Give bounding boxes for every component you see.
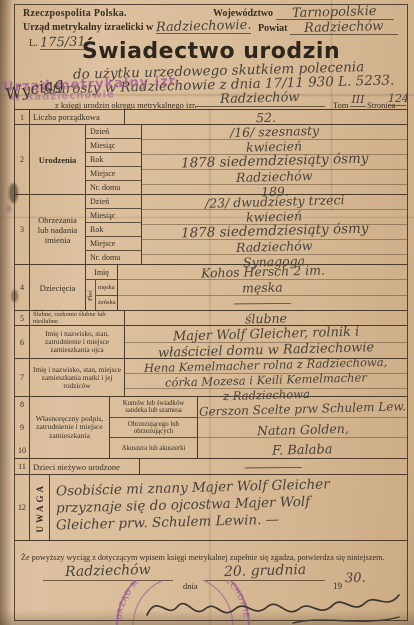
document-frame: Rzeczpospolita Polska. Województwo Tarno…	[14, 4, 408, 621]
voivodeship-value: Tarnopolskie	[292, 7, 377, 19]
obrzezania-rok: 1878 siedemdziesiąty ósmy	[181, 223, 369, 241]
row-urodzenia: 2 Urodzenia Dzień Miesiąc Rok Miejsce Nr…	[15, 124, 407, 194]
sub-label-akuszera: Akuszera lub akuszerki	[110, 437, 197, 458]
field-values: Kohos Hersch 2 im. męska —	[118, 265, 407, 310]
field-rok: Rok	[86, 152, 141, 166]
mohel-signature: Natan Golden,	[256, 422, 348, 437]
powiat-label: Powiat	[258, 23, 287, 34]
field-nr-domu: Nr. domu	[86, 250, 141, 264]
row-number: 3	[15, 195, 30, 264]
row-numbers-8-10: 8 9 10	[15, 397, 30, 458]
powiat-value: Radziechów	[304, 22, 384, 34]
midwife-signature: F. Balaba	[272, 443, 333, 458]
row-label: Liczba porządkowa	[30, 110, 125, 124]
row-label: Urodzenia	[30, 125, 86, 194]
child-sex-value: męska	[242, 280, 283, 294]
uwaga-label: UWAGA	[35, 483, 45, 533]
office-line: Urząd metrykalny izraelicki w Radziechow…	[23, 22, 251, 34]
row-dzieciecia: 4 Dziecięcia Imię Płeć męska żeńska Koho…	[15, 264, 407, 310]
footer-date: 20. grudnia	[224, 562, 307, 580]
field-rok: Rok	[86, 222, 141, 236]
row-number: 4	[15, 265, 30, 310]
tom-value: III	[350, 93, 366, 107]
field-values: Gerszon Scelte prw Schulem Lew. Natan Go…	[198, 397, 407, 458]
powiat-line: Powiat Radziechów	[258, 23, 398, 35]
mother-line2: córka Mozesa i Keili Kemelmacher	[165, 371, 367, 389]
obrzezania-miejsce: Radziechów	[236, 239, 313, 254]
row-label: Dziecięcia	[30, 265, 86, 310]
footer-place: Radziechów	[65, 562, 151, 580]
field-dzien: Dzień	[86, 195, 141, 208]
field-values: Majer Wolf Gleicher, rolnik i właściciel…	[125, 326, 407, 358]
sub-label-kumow: Kumów lub świadków sandeka lub szamesa	[110, 397, 197, 417]
row-number: 5	[15, 311, 30, 325]
flourish-dash: —	[230, 296, 295, 309]
slubne-value: ślubne	[245, 310, 287, 326]
birth-certificate-scan: Rzeczpospolita Polska. Województwo Tarno…	[0, 0, 414, 625]
row-number: 6	[15, 326, 30, 358]
row-number: 1	[15, 110, 30, 124]
record-table: 1 Liczba porządkowa 52. 2 Urodzenia Dzie…	[15, 109, 407, 541]
row-number: 12	[15, 475, 30, 540]
field-miejsce: Miejsce	[86, 236, 141, 250]
field-miesiac: Miesiąc	[86, 138, 141, 152]
obrzezania-dzien: /23/ dwudziesty trzeci	[205, 193, 345, 210]
field-plec: Płeć	[86, 280, 95, 310]
row-number: 2	[15, 125, 30, 194]
row-ojciec: 6 Imię i nazwisko, stan, zatrudnienie i …	[15, 325, 407, 358]
field-miejsce: Miejsce	[86, 166, 141, 180]
row-number: 8	[15, 400, 29, 409]
urodzenia-miejsce: Radziechów	[236, 169, 313, 184]
plec-option-zenska: żeńska	[96, 295, 117, 311]
child-sub-fields: Imię Płeć męska żeńska	[86, 265, 118, 310]
row-label: Imię i nazwisko, stan, zatrudnienie i mi…	[30, 326, 125, 358]
field-labels: Dzień Miesiąc Rok Miejsce Nr. domu	[86, 195, 142, 264]
row-number: 7	[15, 359, 30, 396]
row-podpisy: 8 9 10 Własnoręczny podpis, zatrudnienie…	[15, 396, 407, 458]
signature-sub-labels: Kumów lub świadków sandeka lub szamesa O…	[110, 397, 198, 458]
urodzenia-rok: 1878 siedemdziesiąty ósmy	[181, 153, 369, 171]
field-values: Hena Kemelmacher rolna z Radziechowa, có…	[125, 359, 407, 396]
sub-label-obrzezujacego: Obrzezującego lub obrzezujących	[110, 417, 197, 438]
liczba-value: 52.	[256, 109, 276, 125]
office-label: Urząd metrykalny izraelicki w	[23, 22, 153, 33]
confirmation-text: Że powyższy wyciąg z dotyczącym wpisem k…	[21, 553, 405, 562]
niezywo-value: —	[241, 459, 306, 474]
register-value: Radziechów	[220, 90, 300, 107]
child-name-value: Kohos Hersch 2 im.	[200, 264, 324, 280]
row-label: Imię i nazwisko, stan, miejsce zamieszka…	[30, 359, 125, 396]
stronica-value: 124	[388, 92, 406, 106]
row-label: Własnoręczny podpis, zatrudnienie i miej…	[30, 397, 110, 458]
row-number: 11	[15, 459, 30, 474]
row-label: Ślubne, rzekomo ślubne lub nieślubne	[30, 311, 125, 325]
row-liczba-porzadkowa: 1 Liczba porządkowa 52.	[15, 110, 407, 124]
row-slubne: 5 Ślubne, rzekomo ślubne lub nieślubne ś…	[15, 310, 407, 325]
field-labels: Dzień Miesiąc Rok Miejsce Nr. domu	[86, 125, 142, 194]
stamp-residue	[6, 205, 12, 213]
row-number: 10	[15, 446, 29, 455]
uwaga-label-cell: UWAGA	[30, 475, 50, 540]
uwaga-text: Osobiście mi znany Majer Wolf Gleicher p…	[50, 475, 407, 540]
footer-year-handwritten: 30.	[345, 571, 366, 587]
signature-flourish	[143, 585, 405, 625]
row-obrzezania: 3 Obrzezania lub nadania imienia Dzień M…	[15, 194, 407, 264]
field-values: /23/ dwudziesty trzeci kwiecień 1878 sie…	[142, 195, 407, 264]
row-uwaga: 12 UWAGA Osobiście mi znany Majer Wolf G…	[15, 474, 407, 540]
row-niezywo: 11 Dzieci nieżywo urodzone —	[15, 458, 407, 474]
country-title: Rzeczpospolita Polska.	[23, 8, 127, 19]
field-dzien: Dzień	[86, 125, 141, 138]
field-nr-domu: Nr. domu	[86, 180, 141, 194]
office-value: Radziechowie.	[156, 21, 252, 33]
father-line1: Majer Wolf Gleicher, rolnik i	[173, 325, 360, 343]
row-number: 9	[15, 423, 29, 432]
field-values: /16/ szesnasty kwiecień 1878 siedemdzies…	[142, 125, 407, 194]
plec-option-meska: męska	[96, 280, 117, 295]
urodzenia-dzien: /16/ szesnasty	[230, 124, 319, 139]
field-imie: Imię	[86, 265, 117, 280]
row-label: Obrzezania lub nadania imienia	[30, 195, 86, 264]
row-matka: 7 Imię i nazwisko, stan, miejsce zamiesz…	[15, 358, 407, 396]
row-label: Dzieci nieżywo urodzone	[30, 459, 140, 474]
mother-line3: z Radziechowa	[222, 388, 309, 403]
field-miesiac: Miesiąc	[86, 208, 141, 222]
